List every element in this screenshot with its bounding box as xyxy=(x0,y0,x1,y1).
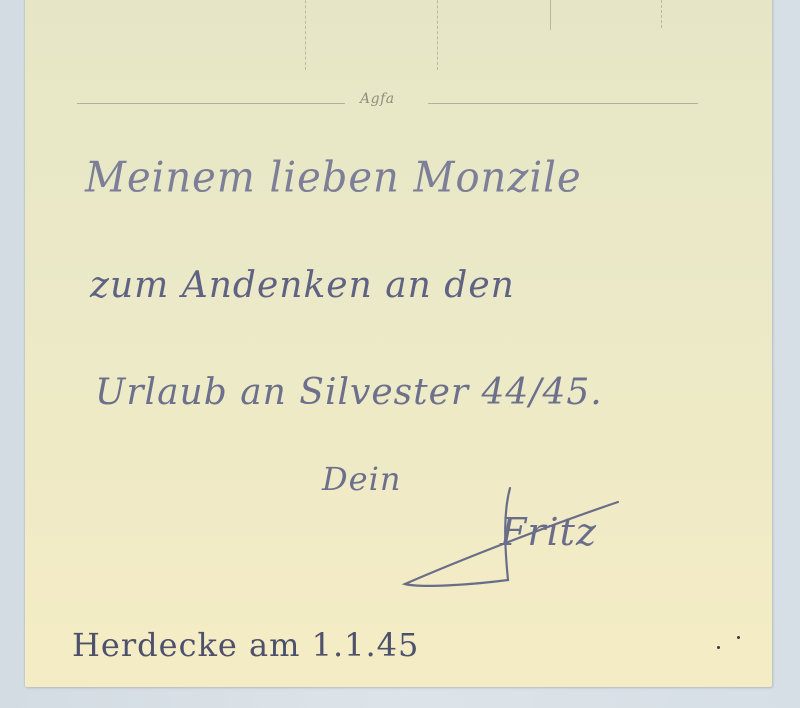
place-date: Herdecke am 1.1.45 xyxy=(72,626,419,664)
printed-brand: Agfa xyxy=(360,91,395,107)
stamp-box-divider xyxy=(437,0,438,70)
stamp-box-divider xyxy=(550,0,551,30)
signature: Fritz xyxy=(500,510,597,554)
separator-line-right xyxy=(428,103,698,104)
postcard: Agfa xyxy=(25,0,772,687)
message-line-1: Meinem lieben Monzile xyxy=(85,154,582,202)
stamp-box-divider xyxy=(661,0,662,28)
ink-speck xyxy=(737,636,740,639)
ink-speck xyxy=(717,646,720,649)
message-closing: Dein xyxy=(322,460,401,498)
stamp-box-divider xyxy=(305,0,306,70)
message-line-2: zum Andenken an den xyxy=(90,265,515,306)
message-line-3: Urlaub an Silvester 44/45. xyxy=(95,372,603,413)
separator-line-left xyxy=(77,103,345,104)
